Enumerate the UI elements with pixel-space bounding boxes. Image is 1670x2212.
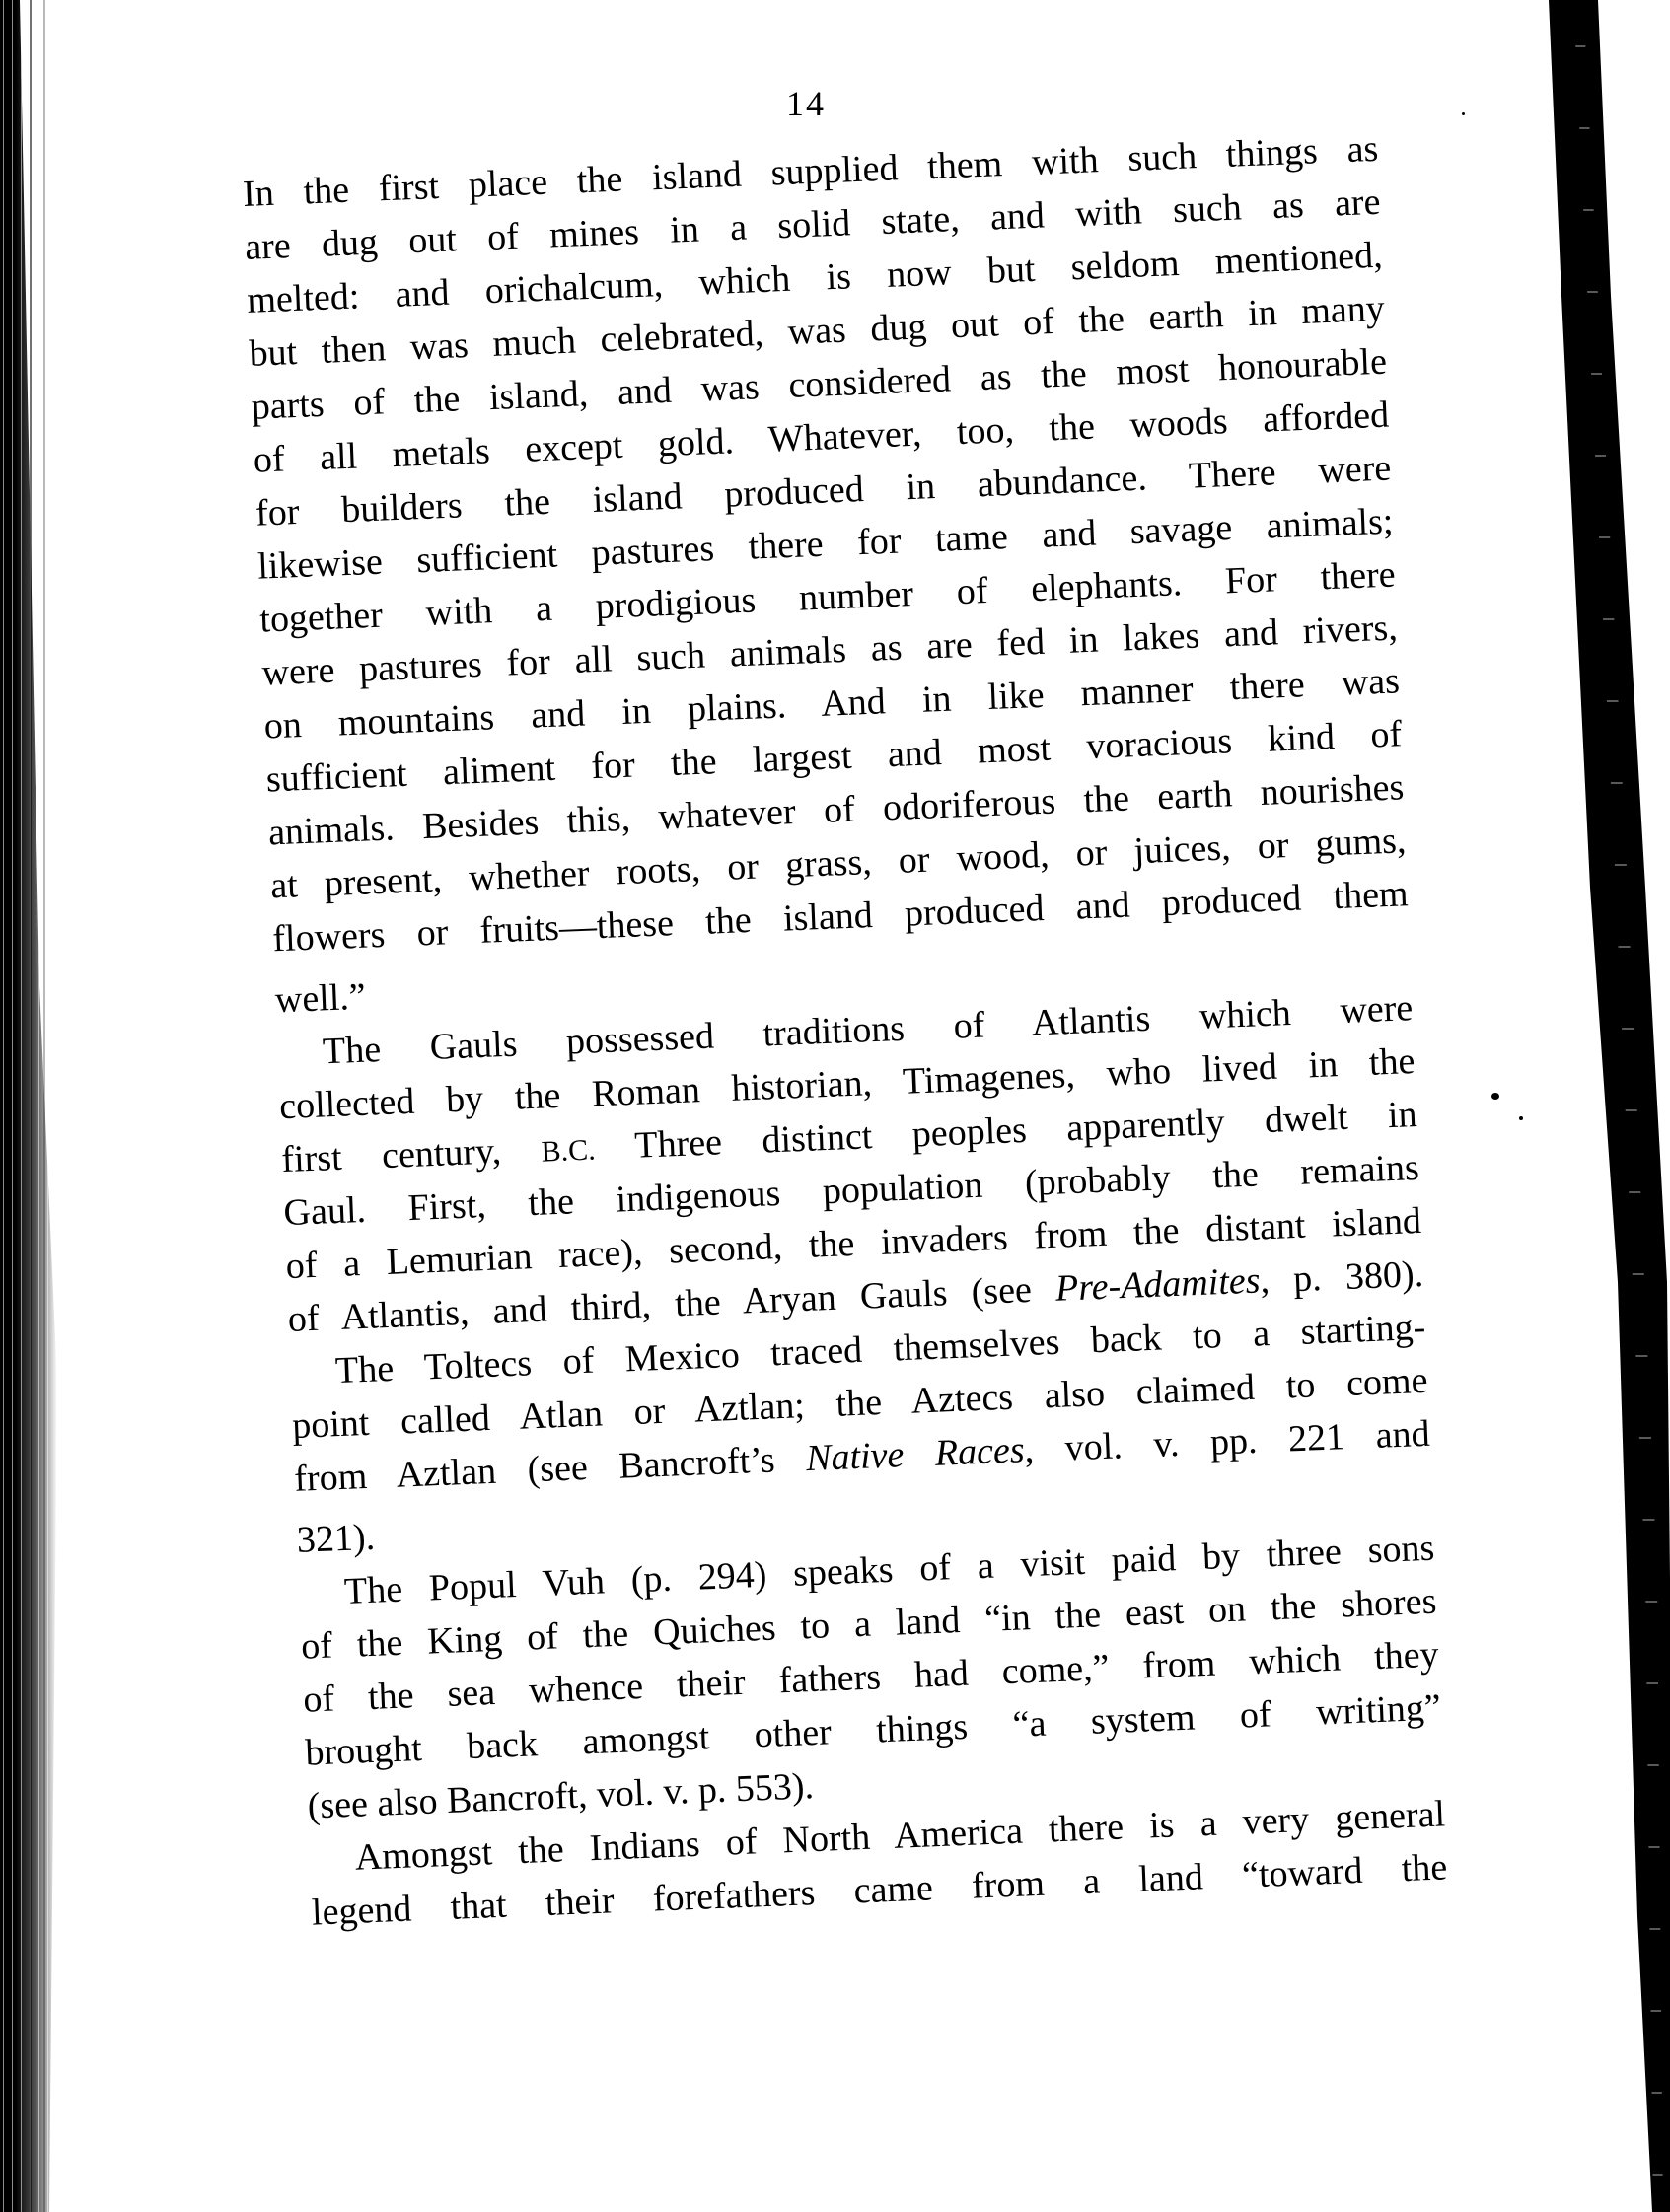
book-title-pre-adamites: Pre-Adamites: [1054, 1259, 1261, 1309]
left-scan-streak: [30, 0, 32, 2212]
ink-speck: [1519, 1116, 1523, 1120]
small-caps-era: B.C.: [541, 1133, 596, 1168]
ink-speck: [1462, 112, 1465, 115]
body-text: In the first place the island supplied t…: [242, 122, 1448, 1940]
page-number: 14: [786, 83, 826, 124]
left-scan-streak: [43, 0, 45, 2212]
book-title-native-races: Native Races: [805, 1429, 1025, 1479]
scanned-book-page: 14 In the first place the island supplie…: [0, 0, 1670, 2212]
ink-speck: [1491, 1093, 1499, 1100]
